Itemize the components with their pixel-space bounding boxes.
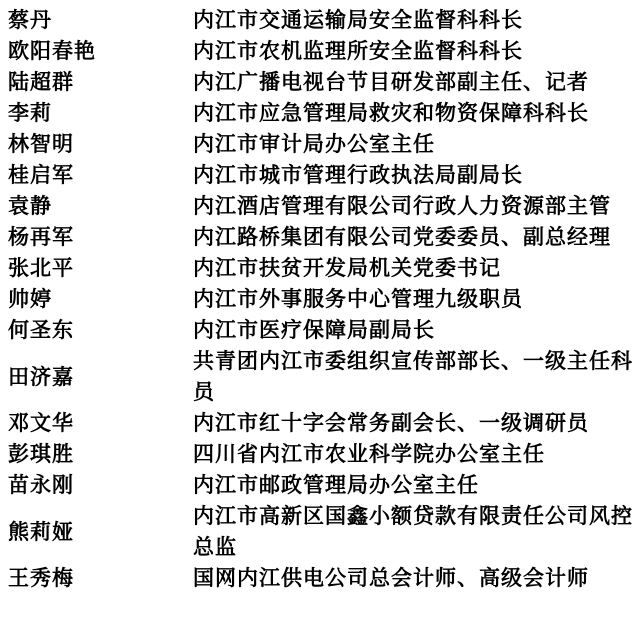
person-name: 桂启军	[0, 160, 193, 191]
table-row: 彭琪胜 四川省内江市农业科学院办公室主任	[0, 439, 640, 470]
person-name: 熊莉娅	[0, 517, 193, 548]
person-name: 王秀梅	[0, 563, 193, 594]
person-title: 内江市医疗保障局副局长	[193, 315, 640, 346]
person-title: 内江市交通运输局安全监督科科长	[193, 5, 640, 36]
table-row: 蔡丹 内江市交通运输局安全监督科科长	[0, 5, 640, 36]
person-name: 苗永刚	[0, 470, 193, 501]
person-title: 内江路桥集团有限公司党委委员、副总经理	[193, 222, 640, 253]
person-name: 何圣东	[0, 315, 193, 346]
table-row: 林智明 内江市审计局办公室主任	[0, 129, 640, 160]
person-title: 国网内江供电公司总会计师、高级会计师	[193, 563, 640, 594]
person-name: 林智明	[0, 129, 193, 160]
table-row: 何圣东 内江市医疗保障局副局长	[0, 315, 640, 346]
person-name: 邓文华	[0, 408, 193, 439]
person-title: 内江广播电视台节目研发部副主任、记者	[193, 67, 640, 98]
person-name: 田济嘉	[0, 362, 193, 393]
person-name: 彭琪胜	[0, 439, 193, 470]
person-title: 内江市红十字会常务副会长、一级调研员	[193, 408, 640, 439]
table-row: 张北平 内江市扶贫开发局机关党委书记	[0, 253, 640, 284]
person-title: 内江市邮政管理局办公室主任	[193, 470, 640, 501]
person-title: 内江市高新区国鑫小额贷款有限责任公司风控总监	[193, 501, 640, 563]
person-name: 欧阳春艳	[0, 36, 193, 67]
table-row: 王秀梅 国网内江供电公司总会计师、高级会计师	[0, 563, 640, 594]
person-title: 内江市城市管理行政执法局副局长	[193, 160, 640, 191]
table-row: 桂启军 内江市城市管理行政执法局副局长	[0, 160, 640, 191]
person-name: 陆超群	[0, 67, 193, 98]
person-title: 内江市外事服务中心管理九级职员	[193, 284, 640, 315]
person-name: 帅婷	[0, 284, 193, 315]
table-row: 苗永刚 内江市邮政管理局办公室主任	[0, 470, 640, 501]
person-name: 杨再军	[0, 222, 193, 253]
table-row: 帅婷 内江市外事服务中心管理九级职员	[0, 284, 640, 315]
person-name: 张北平	[0, 253, 193, 284]
person-name: 李莉	[0, 98, 193, 129]
person-name: 袁静	[0, 191, 193, 222]
person-title: 四川省内江市农业科学院办公室主任	[193, 439, 640, 470]
table-row: 邓文华 内江市红十字会常务副会长、一级调研员	[0, 408, 640, 439]
table-row: 欧阳春艳 内江市农机监理所安全监督科科长	[0, 36, 640, 67]
table-row: 田济嘉 共青团内江市委组织宣传部部长、一级主任科员	[0, 346, 640, 408]
person-title: 内江市审计局办公室主任	[193, 129, 640, 160]
person-title: 内江市应急管理局救灾和物资保障科科长	[193, 98, 640, 129]
person-title: 内江市农机监理所安全监督科科长	[193, 36, 640, 67]
table-row: 袁静 内江酒店管理有限公司行政人力资源部主管	[0, 191, 640, 222]
person-name: 蔡丹	[0, 5, 193, 36]
table-row: 杨再军 内江路桥集团有限公司党委委员、副总经理	[0, 222, 640, 253]
person-title: 内江酒店管理有限公司行政人力资源部主管	[193, 191, 640, 222]
person-title: 内江市扶贫开发局机关党委书记	[193, 253, 640, 284]
table-row: 熊莉娅 内江市高新区国鑫小额贷款有限责任公司风控总监	[0, 501, 640, 563]
table-row: 陆超群 内江广播电视台节目研发部副主任、记者	[0, 67, 640, 98]
table-row: 李莉 内江市应急管理局救灾和物资保障科科长	[0, 98, 640, 129]
roster-list: 蔡丹 内江市交通运输局安全监督科科长 欧阳春艳 内江市农机监理所安全监督科科长 …	[0, 0, 640, 594]
person-title: 共青团内江市委组织宣传部部长、一级主任科员	[193, 346, 640, 408]
